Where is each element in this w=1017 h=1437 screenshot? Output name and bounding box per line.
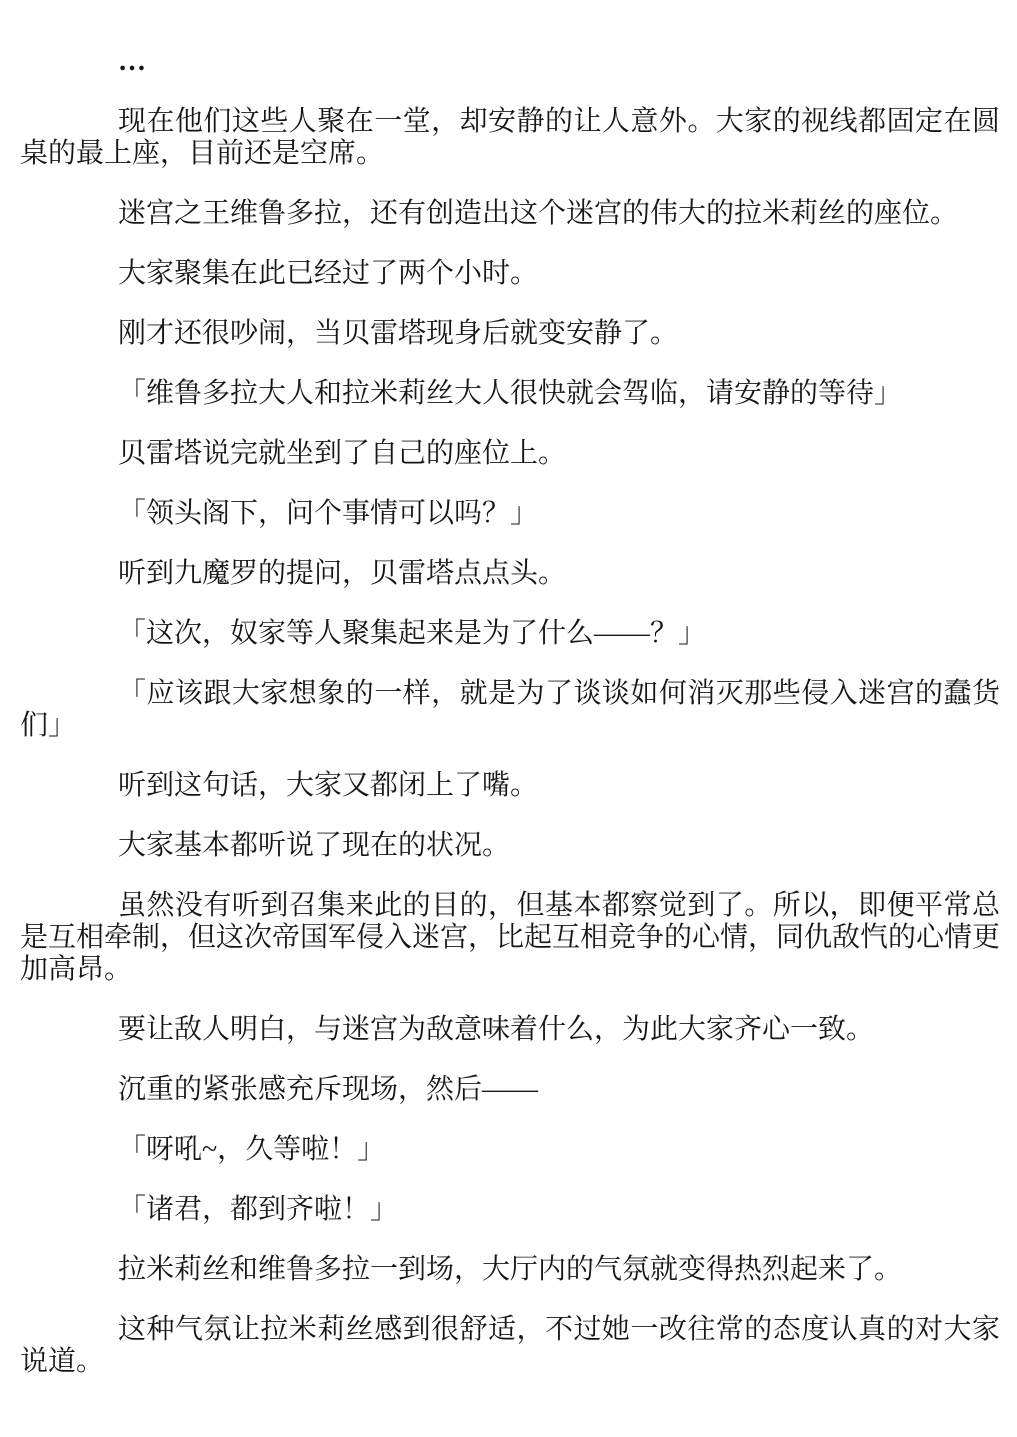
paragraph: 「领头阁下，问个事情可以吗？」 [20, 498, 1000, 530]
paragraph: 「应该跟大家想象的一样，就是为了谈谈如何消灭那些侵入迷宫的蠢货们」 [20, 678, 1000, 742]
paragraph: 听到这句话，大家又都闭上了嘴。 [20, 770, 1000, 802]
paragraph: 「维鲁多拉大人和拉米莉丝大人很快就会驾临，请安静的等待」 [20, 378, 1000, 410]
paragraph: 现在他们这些人聚在一堂，却安静的让人意外。大家的视线都固定在圆桌的最上座，目前还… [20, 106, 1000, 170]
paragraph: 刚才还很吵闹，当贝雷塔现身后就变安静了。 [20, 318, 1000, 350]
paragraph: 「这次，奴家等人聚集起来是为了什么——？」 [20, 618, 1000, 650]
scene-separator: … [20, 46, 1000, 78]
paragraph: 大家基本都听说了现在的状况。 [20, 830, 1000, 862]
paragraph: 大家聚集在此已经过了两个小时。 [20, 258, 1000, 290]
paragraph: 沉重的紧张感充斥现场，然后—— [20, 1074, 1000, 1106]
paragraph: 「诸君，都到齐啦！」 [20, 1194, 1000, 1226]
paragraph: 要让敌人明白，与迷宫为敌意味着什么，为此大家齐心一致。 [20, 1014, 1000, 1046]
paragraph: 迷宫之王维鲁多拉，还有创造出这个迷宫的伟大的拉米莉丝的座位。 [20, 198, 1000, 230]
paragraph: 拉米莉丝和维鲁多拉一到场，大厅内的气氛就变得热烈起来了。 [20, 1254, 1000, 1286]
paragraph: 虽然没有听到召集来此的目的，但基本都察觉到了。所以，即便平常总是互相牵制，但这次… [20, 890, 1000, 986]
paragraph: 这种气氛让拉米莉丝感到很舒适，不过她一改往常的态度认真的对大家说道。 [20, 1314, 1000, 1378]
paragraph: 听到九魔罗的提问，贝雷塔点点头。 [20, 558, 1000, 590]
paragraph: 贝雷塔说完就坐到了自己的座位上。 [20, 438, 1000, 470]
novel-page: … 现在他们这些人聚在一堂，却安静的让人意外。大家的视线都固定在圆桌的最上座，目… [0, 0, 1017, 1437]
text-body: 现在他们这些人聚在一堂，却安静的让人意外。大家的视线都固定在圆桌的最上座，目前还… [20, 106, 1000, 1378]
paragraph: 「呀吼~，久等啦！」 [20, 1134, 1000, 1166]
